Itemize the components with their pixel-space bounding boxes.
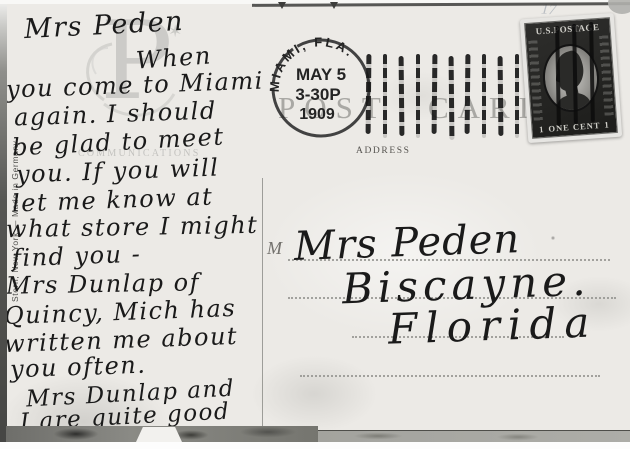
stamp-denomination: 1 [539, 124, 545, 134]
postmark-time: 3-30P [295, 85, 340, 104]
cancellation-bar [366, 54, 371, 134]
address-label: ADDRESS [356, 146, 411, 156]
message-line: Mrs Dunlap of [6, 268, 200, 299]
cancellation-bars [366, 54, 536, 140]
laurel-right-icon [599, 35, 614, 115]
postage-stamp: U.S.POSTAGE 1 ONE CENT 1 [520, 13, 622, 143]
cancellation-bar [498, 56, 503, 136]
postmark-year: 1909 [299, 106, 335, 123]
address-line: Florida [387, 297, 598, 353]
postmark: MIAMI, FLA. MAY 5 3-30P 1909 [260, 33, 382, 145]
cancellation-bar [432, 54, 437, 134]
cancellation-bar [383, 54, 388, 138]
message-line: you often. [10, 351, 147, 384]
message-line: what store I might [6, 211, 259, 243]
cancellation-bar [465, 54, 470, 134]
stamp-denomination: 1 [604, 119, 610, 129]
stamp-vignette [526, 31, 616, 125]
addressee-prefix: M [267, 238, 282, 259]
cancellation-bar [448, 56, 453, 140]
laurel-left-icon [528, 40, 543, 120]
cancellation-bar [399, 56, 404, 136]
cancellation-bar [515, 54, 520, 138]
bottom-edge-right [318, 430, 630, 442]
scan-edge-bottom [0, 442, 630, 449]
stamp-frame: U.S.POSTAGE 1 ONE CENT 1 [524, 17, 618, 139]
message-line: find you - [12, 240, 142, 272]
cancellation-bar [416, 54, 421, 138]
divider-line [262, 178, 263, 428]
photo-background: P ✶ COMMUNICATIONS Stern, New York — Mad… [0, 0, 630, 449]
address-ruled-line [300, 375, 600, 377]
postmark-date: MAY 5 [296, 65, 346, 84]
torn-edge-notch [136, 427, 182, 442]
scan-edge-left [0, 0, 7, 449]
cancellation-bar [482, 54, 487, 138]
